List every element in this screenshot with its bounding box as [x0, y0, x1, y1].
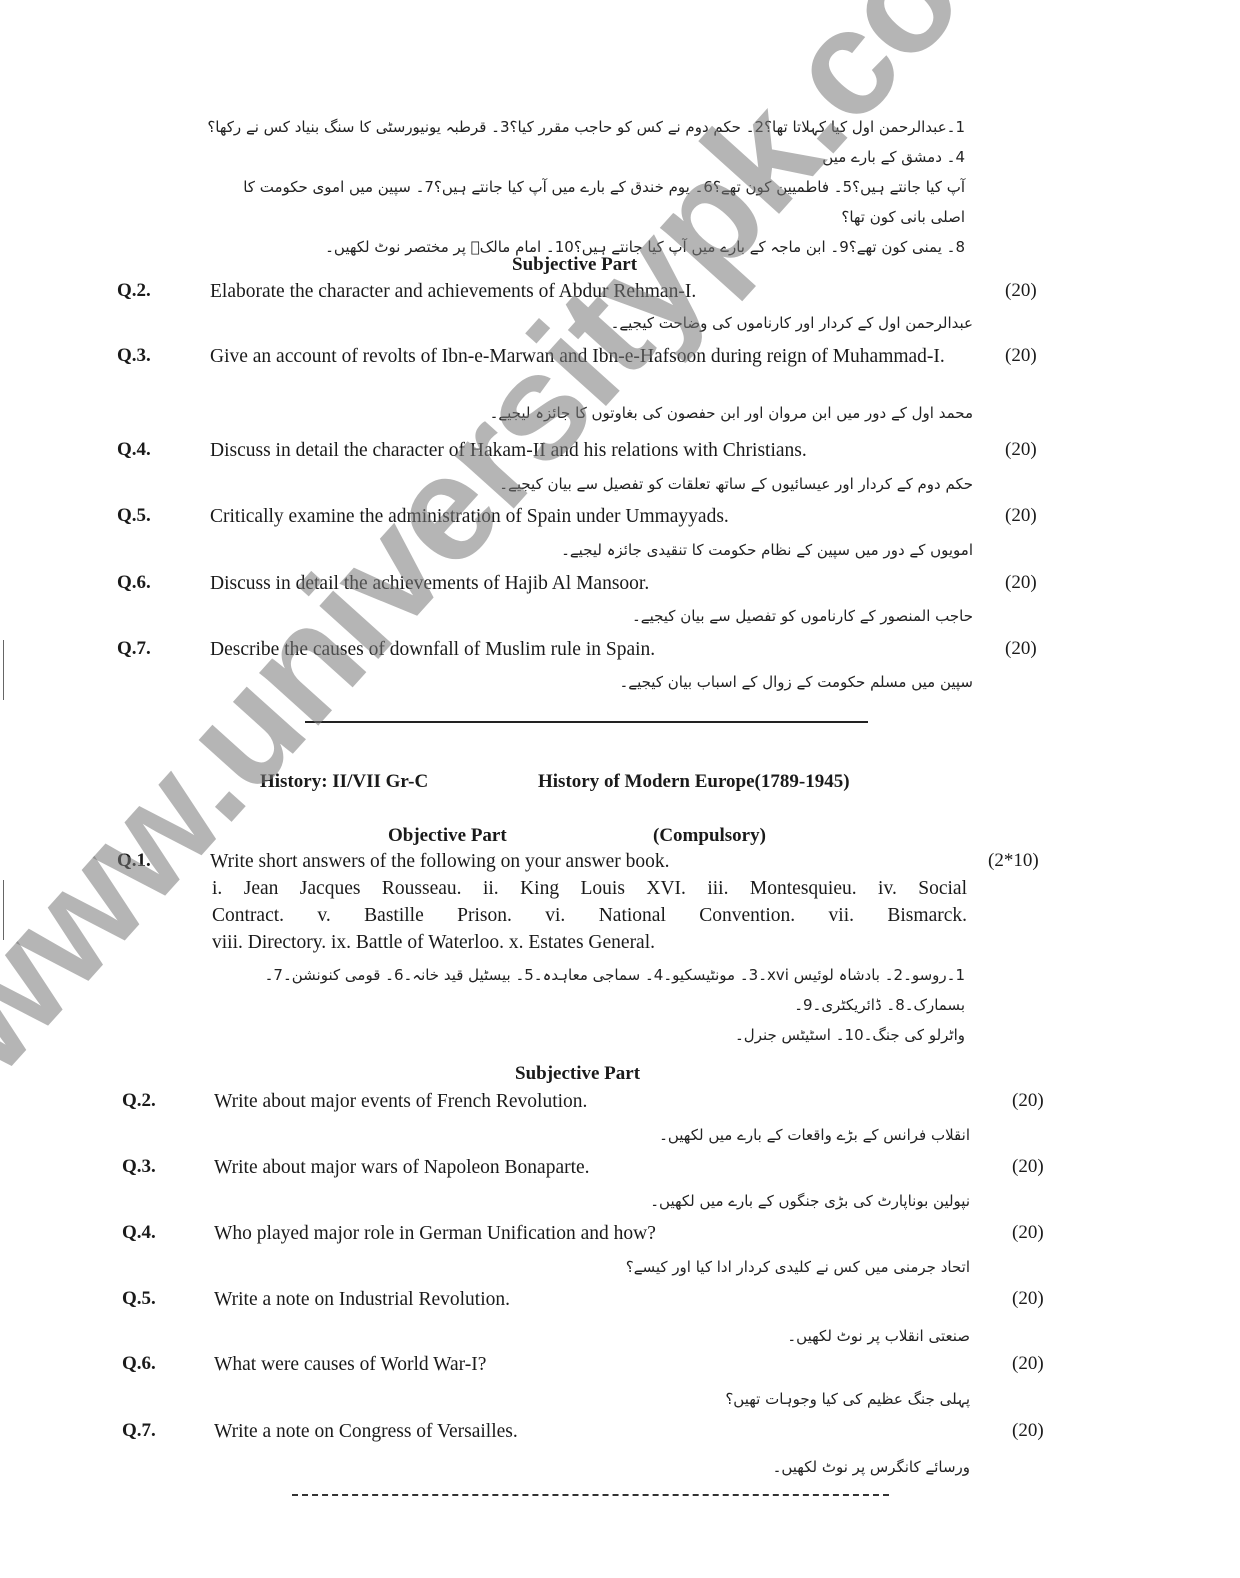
question-marks: (20)	[1012, 1420, 1044, 1442]
scan-edge-mark	[3, 640, 4, 700]
question-urdu-translation: پہلی جنگ عظیم کی کیا وجوہات تھیں؟	[300, 1390, 970, 1408]
q1-urdu-items: 1۔روسو۔2۔ بادشاہ لوئیس xvi۔3۔ مونٹیسکیو۔…	[205, 960, 965, 1050]
question-text: Critically examine the administration of…	[210, 503, 970, 530]
question-number: Q.7.	[117, 638, 151, 660]
question-marks: (20)	[1012, 1353, 1044, 1375]
question-urdu-translation: امویوں کے دور میں سپین کے نظام حکومت کا …	[300, 541, 973, 559]
section-divider	[305, 721, 868, 723]
paper-code: History: II/VII Gr-C	[260, 771, 428, 793]
items-line: Contract. v. Bastille Prison. vi. Nation…	[212, 902, 967, 929]
urdu-line: 1۔روسو۔2۔ بادشاہ لوئیس xvi۔3۔ مونٹیسکیو۔…	[205, 960, 965, 1020]
question-text: Write short answers of the following on …	[210, 848, 970, 875]
question-marks: (20)	[1012, 1090, 1044, 1112]
urdu-line: 1۔عبدالرحمن اول کیا کہلاتا تھا؟2۔ حکم دو…	[205, 112, 965, 172]
question-number: Q.3.	[122, 1156, 156, 1178]
question-marks: (20)	[1012, 1222, 1044, 1244]
question-number: Q.7.	[122, 1420, 156, 1442]
urdu-line: آپ کیا جانتے ہیں؟5۔ فاطمیین کون تھے؟6۔ ی…	[205, 172, 965, 232]
question-marks: (20)	[1005, 280, 1037, 302]
question-urdu-translation: محمد اول کے دور میں ابن مروان اور ابن حف…	[300, 404, 973, 422]
question-marks: (20)	[1012, 1156, 1044, 1178]
question-text: Who played major role in German Unificat…	[214, 1220, 974, 1247]
question-text: Write about major wars of Napoleon Bonap…	[214, 1154, 974, 1181]
question-text: Write about major events of French Revol…	[214, 1088, 974, 1115]
question-number: Q.4.	[122, 1222, 156, 1244]
question-text: Elaborate the character and achievements…	[210, 278, 970, 305]
scan-edge-mark	[3, 880, 4, 940]
question-urdu-translation: نپولین بوناپارٹ کی بڑی جنگوں کے بارے میں…	[300, 1192, 970, 1210]
items-line: viii. Directory. ix. Battle of Waterloo.…	[212, 929, 967, 956]
question-number: Q.6.	[117, 572, 151, 594]
question-urdu-translation: انقلاب فرانس کے بڑے واقعات کے بارے میں ل…	[300, 1126, 970, 1144]
question-marks: (20)	[1005, 572, 1037, 594]
question-marks: (20)	[1005, 638, 1037, 660]
question-marks: (20)	[1005, 345, 1037, 367]
question-text: Describe the causes of downfall of Musli…	[210, 636, 970, 663]
question-marks: (2*10)	[988, 850, 1039, 872]
question-urdu-translation: عبدالرحمن اول کے کردار اور کارناموں کی و…	[300, 314, 973, 332]
question-number: Q.6.	[122, 1353, 156, 1375]
question-text: What were causes of World War-I?	[214, 1351, 974, 1378]
compulsory-label: (Compulsory)	[653, 825, 766, 847]
question-urdu-translation: حاجب المنصور کے کارناموں کو تفصیل سے بیا…	[300, 607, 973, 625]
question-urdu-translation: اتحاد جرمنی میں کس نے کلیدی کردار ادا کی…	[300, 1258, 970, 1276]
paper-title: History of Modern Europe(1789-1945)	[538, 771, 850, 793]
question-marks: (20)	[1005, 439, 1037, 461]
question-text: Discuss in detail the character of Hakam…	[210, 437, 970, 464]
items-line: i. Jean Jacques Rousseau. ii. King Louis…	[212, 875, 967, 902]
question-text: Write a note on Industrial Revolution.	[214, 1286, 974, 1313]
question-number: Q.2.	[117, 280, 151, 302]
question-urdu-translation: سپین میں مسلم حکومت کے زوال کے اسباب بیا…	[300, 673, 973, 691]
question-marks: (20)	[1005, 505, 1037, 527]
question-number: Q.5.	[117, 505, 151, 527]
question-text: Write a note on Congress of Versailles.	[214, 1418, 974, 1445]
exam-paper-page: 1۔عبدالرحمن اول کیا کہلاتا تھا؟2۔ حکم دو…	[0, 0, 1240, 1578]
question-number: Q.1.	[117, 850, 151, 872]
question-number: Q.2.	[122, 1090, 156, 1112]
end-divider	[292, 1494, 889, 1496]
question-text: Discuss in detail the achievements of Ha…	[210, 570, 970, 597]
question-number: Q.5.	[122, 1288, 156, 1310]
question-number: Q.4.	[117, 439, 151, 461]
question-urdu-translation: صنعتی انقلاب پر نوٹ لکھیں۔	[300, 1327, 970, 1345]
question-number: Q.3.	[117, 345, 151, 367]
objective-urdu-questions: 1۔عبدالرحمن اول کیا کہلاتا تھا؟2۔ حکم دو…	[205, 112, 965, 262]
question-text: Give an account of revolts of Ibn-e-Marw…	[210, 343, 970, 370]
urdu-line: واٹرلو کی جنگ۔10۔ اسٹیٹس جنرل۔	[205, 1020, 965, 1050]
subjective-part-heading-2: Subjective Part	[515, 1063, 640, 1085]
subjective-part-heading: Subjective Part	[512, 254, 637, 276]
question-urdu-translation: ورسائے کانگرس پر نوٹ لکھیں۔	[300, 1458, 970, 1476]
short-answer-items: i. Jean Jacques Rousseau. ii. King Louis…	[212, 875, 967, 956]
objective-part-heading: Objective Part	[388, 825, 507, 847]
question-marks: (20)	[1012, 1288, 1044, 1310]
question-urdu-translation: حکم دوم کے کردار اور عیسائیوں کے ساتھ تع…	[300, 475, 973, 493]
